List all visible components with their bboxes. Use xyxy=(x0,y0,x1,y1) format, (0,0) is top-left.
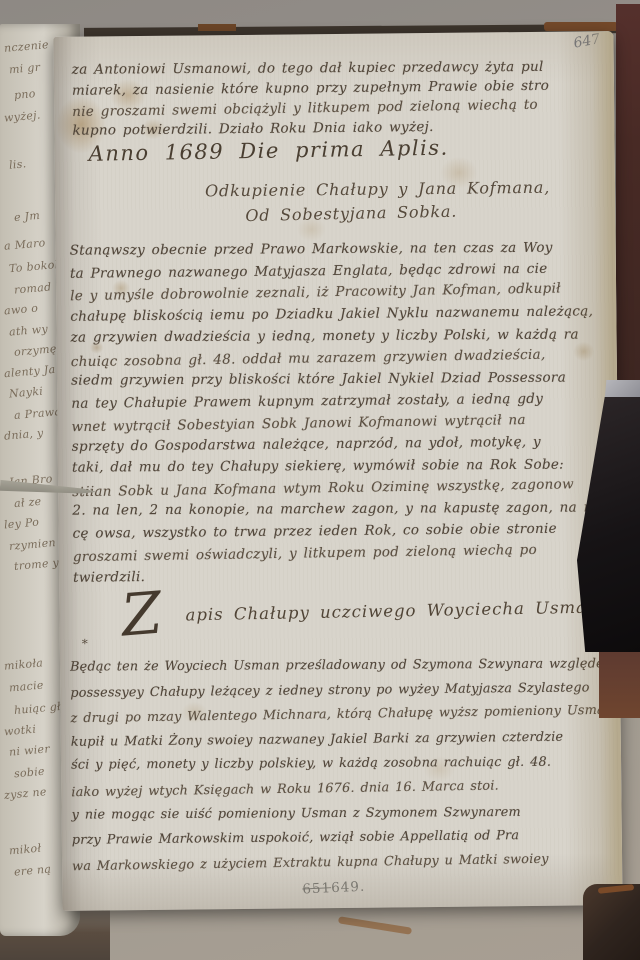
left-page-text-fragment: dnia, y xyxy=(4,426,44,442)
left-page-text-fragment: awo o xyxy=(3,302,38,318)
manuscript-line: y nie mogąc sie uiść pomieniony Usman z … xyxy=(72,800,618,828)
left-page-text-fragment: a Maro xyxy=(4,236,47,253)
left-page-text-fragment: sobie xyxy=(13,765,45,781)
left-page-text-fragment: wyżej. xyxy=(4,108,42,124)
left-page-text-fragment: orzymę xyxy=(14,342,58,359)
manuscript-line: siedm grzywien przy bliskości które Jaki… xyxy=(71,368,604,393)
entry2-heading: apis Chałupy uczciwego Woyciecha Usmana. xyxy=(185,597,615,624)
left-page-text-fragment: ni wier xyxy=(9,742,51,759)
manuscript-line: Stanąwszy obecnie przed Prawo Markowskie… xyxy=(70,237,603,262)
left-page-text-fragment: pno xyxy=(13,87,36,102)
binding-leather-patch xyxy=(544,22,618,31)
left-page-text-fragment: Nayki xyxy=(8,385,43,401)
book-cover-corner xyxy=(583,884,640,960)
pencil-archive-number: 651649. xyxy=(302,879,366,898)
left-page-text-fragment: ath wy xyxy=(9,322,49,338)
left-page-text-fragment: romad xyxy=(14,280,52,296)
entry1-body: Stanąwszy obecnie przed Prawo Markowskie… xyxy=(70,236,606,589)
struck-digits: 651 xyxy=(302,880,331,897)
archive-digits: 649. xyxy=(331,879,366,897)
entry2-heading-initial: Z xyxy=(119,579,165,650)
entry1-subheading-line2: Od Sobestyjana Sobka. xyxy=(245,202,457,225)
left-page-text-fragment: mi gr xyxy=(8,61,40,77)
entry2-body: Będąc ten że Woyciech Usman prześladowan… xyxy=(70,651,618,878)
left-page-text-fragment: lis. xyxy=(8,157,26,171)
left-page-text-fragment: alenty Ja xyxy=(4,363,56,380)
manuscript-photo: nczeniemi grpnowyżej.lis.e Jma MaroTo bo… xyxy=(0,0,640,960)
left-page-text-fragment: ley Po xyxy=(4,515,40,531)
book-cover-edge xyxy=(616,4,640,398)
left-page-text-fragment: huiąc gł xyxy=(14,700,62,717)
left-page-text-fragment: a Prawa xyxy=(14,405,62,422)
manuscript-line: za Antoniowi Usmanowi, do tego dał kupie… xyxy=(72,57,549,80)
left-page-text-fragment: rzymien xyxy=(9,536,57,553)
leather-cover-patch xyxy=(599,648,640,718)
left-page-text-fragment: mikoła xyxy=(4,656,44,672)
left-page-text-fragment: To bokoh xyxy=(9,258,63,276)
left-page-text-fragment: e Jm xyxy=(13,209,40,224)
left-page-text-fragment: wotki xyxy=(3,723,36,739)
left-page-text-fragment: mikoł xyxy=(8,842,41,858)
entry1-heading: Anno 1689 Die prima Aplis. xyxy=(88,136,448,166)
manuscript-line: Będąc ten że Woyciech Usman prześladowan… xyxy=(70,652,616,680)
left-page-text-fragment: ere ną xyxy=(14,862,52,878)
left-page-text-fragment: nczenie xyxy=(4,38,50,55)
left-page-text-fragment: ał ze xyxy=(13,495,41,510)
margin-asterisk: * xyxy=(82,637,88,651)
intro-paragraph: za Antoniowi Usmanowi, do tego dał kupie… xyxy=(72,56,550,141)
left-page-text-fragment: macie xyxy=(8,679,44,695)
leather-strap xyxy=(338,916,412,934)
binding-leather-patch xyxy=(198,24,236,31)
left-page-text-fragment: trome y xyxy=(14,556,60,573)
pencil-folio-number: 647 xyxy=(572,31,601,52)
manuscript-page: 647 za Antoniowi Usmanowi, do tego dał k… xyxy=(53,31,622,911)
entry1-subheading-line1: Odkupienie Chałupy y Jana Kofmana, xyxy=(205,178,550,201)
left-page-text-fragment: zysz ne xyxy=(4,785,48,802)
manuscript-line: 2. na len, 2 na konopie, na marchew zago… xyxy=(72,498,605,523)
